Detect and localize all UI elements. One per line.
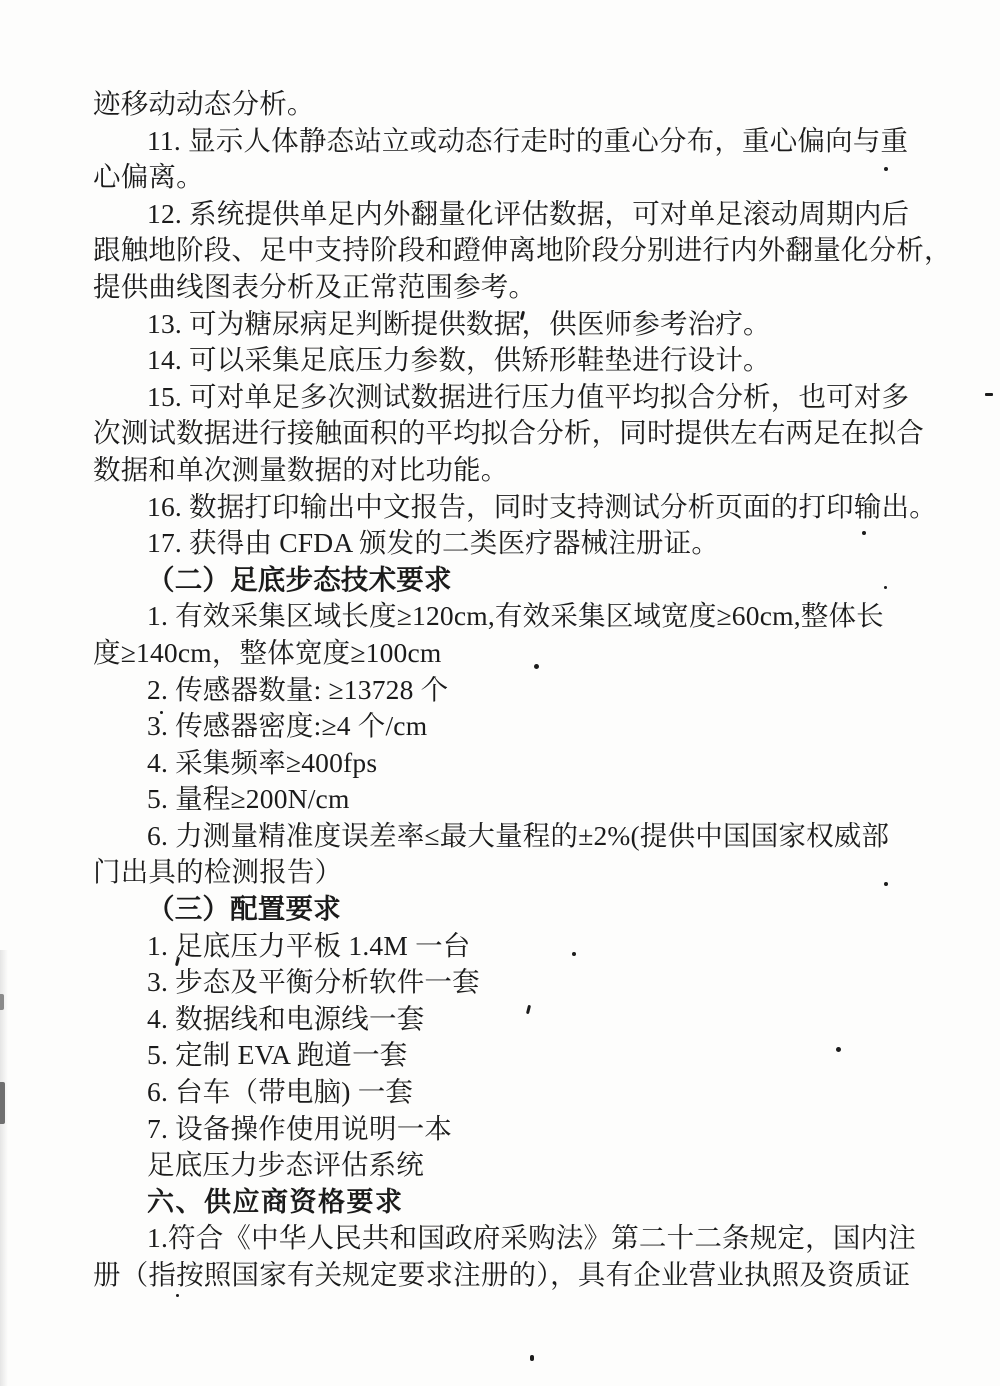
text-line: 心偏离。 [93, 159, 925, 196]
text-line: 次测试数据进行接触面积的平均拟合分析，同时提供左右两足在拟合 [93, 415, 925, 452]
document-body: 迹移动动态分析。11. 显示人体静态站立或动态行走时的重心分布，重心偏向与重心偏… [93, 86, 925, 1294]
scan-speckle [985, 393, 993, 396]
document-page: 迹移动动态分析。11. 显示人体静态站立或动态行走时的重心分布，重心偏向与重心偏… [0, 0, 1000, 1386]
text-line: 4. 采集频率≥400fps [93, 745, 925, 782]
text-line: 6. 台车（带电脑) 一套 [93, 1074, 925, 1111]
text-line: 11. 显示人体静态站立或动态行走时的重心分布，重心偏向与重 [93, 123, 925, 160]
heading-line: （三）配置要求 [93, 891, 925, 928]
text-line: 15. 可对单足多次测试数据进行压力值平均拟合分析，也可对多 [93, 379, 925, 416]
text-line: 12. 系统提供单足内外翻量化评估数据，可对单足滚动周期内后 [93, 196, 925, 233]
text-line: 13. 可为糖尿病足判断提供数据，供医师参考治疗。 [93, 306, 925, 343]
text-line: 16. 数据打印输出中文报告，同时支持测试分析页面的打印输出。 [93, 489, 925, 526]
scan-speckle [884, 167, 888, 171]
scan-speckle [530, 1355, 534, 1361]
scan-speckle [176, 1294, 179, 1297]
text-line: 5. 定制 EVA 跑道一套 [93, 1037, 925, 1074]
scan-speckle [572, 952, 576, 956]
scan-edge-shadow [0, 950, 8, 1386]
text-line: 7. 设备操作使用说明一本 [93, 1111, 925, 1148]
text-line: 门出具的检测报告） [93, 854, 925, 891]
scan-speckle [884, 882, 888, 886]
text-line: 14. 可以采集足底压力参数，供矫形鞋垫进行设计。 [93, 342, 925, 379]
text-line: 3. 步态及平衡分析软件一套 [93, 964, 925, 1001]
text-line: 足底压力步态评估系统 [93, 1147, 925, 1184]
text-line: 提供曲线图表分析及正常范围参考。 [93, 269, 925, 306]
heading-line: 六、供应商资格要求 [93, 1184, 925, 1221]
heading-line: （二）足底步态技术要求 [93, 562, 925, 599]
text-line: 迹移动动态分析。 [93, 86, 925, 123]
scan-edge-mark [0, 1082, 5, 1124]
text-line: 2. 传感器数量: ≥13728 个 [93, 672, 925, 709]
text-line: 1.符合《中华人民共和国政府采购法》第二十二条规定，国内注 [93, 1220, 925, 1257]
text-line: 数据和单次测量数据的对比功能。 [93, 452, 925, 489]
text-line: 度≥140cm，整体宽度≥100cm [93, 635, 925, 672]
text-line: 4. 数据线和电源线一套 [93, 1001, 925, 1038]
text-line: 5. 量程≥200N/cm [93, 781, 925, 818]
scan-speckle [160, 711, 163, 714]
text-line: 1. 足底压力平板 1.4M 一台 [93, 928, 925, 965]
text-line: 3. 传感器密度:≥4 个/cm [93, 708, 925, 745]
scan-speckle [884, 586, 887, 589]
text-line: 6. 力测量精准度误差率≤最大量程的±2%(提供中国国家权威部 [93, 818, 925, 855]
scan-speckle [836, 1047, 841, 1052]
text-line: 册（指按照国家有关规定要求注册的），具有企业营业执照及资质证 [93, 1257, 925, 1294]
scan-edge-mark [0, 994, 4, 1010]
scan-speckle [534, 664, 539, 669]
text-line: 1. 有效采集区域长度≥120cm,有效采集区域宽度≥60cm,整体长 [93, 598, 925, 635]
text-line: 跟触地阶段、足中支持阶段和蹬伸离地阶段分别进行内外翻量化分析， [93, 232, 925, 269]
text-line: 17. 获得由 CFDA 颁发的二类医疗器械注册证。 [93, 525, 925, 562]
scan-speckle [862, 531, 866, 535]
